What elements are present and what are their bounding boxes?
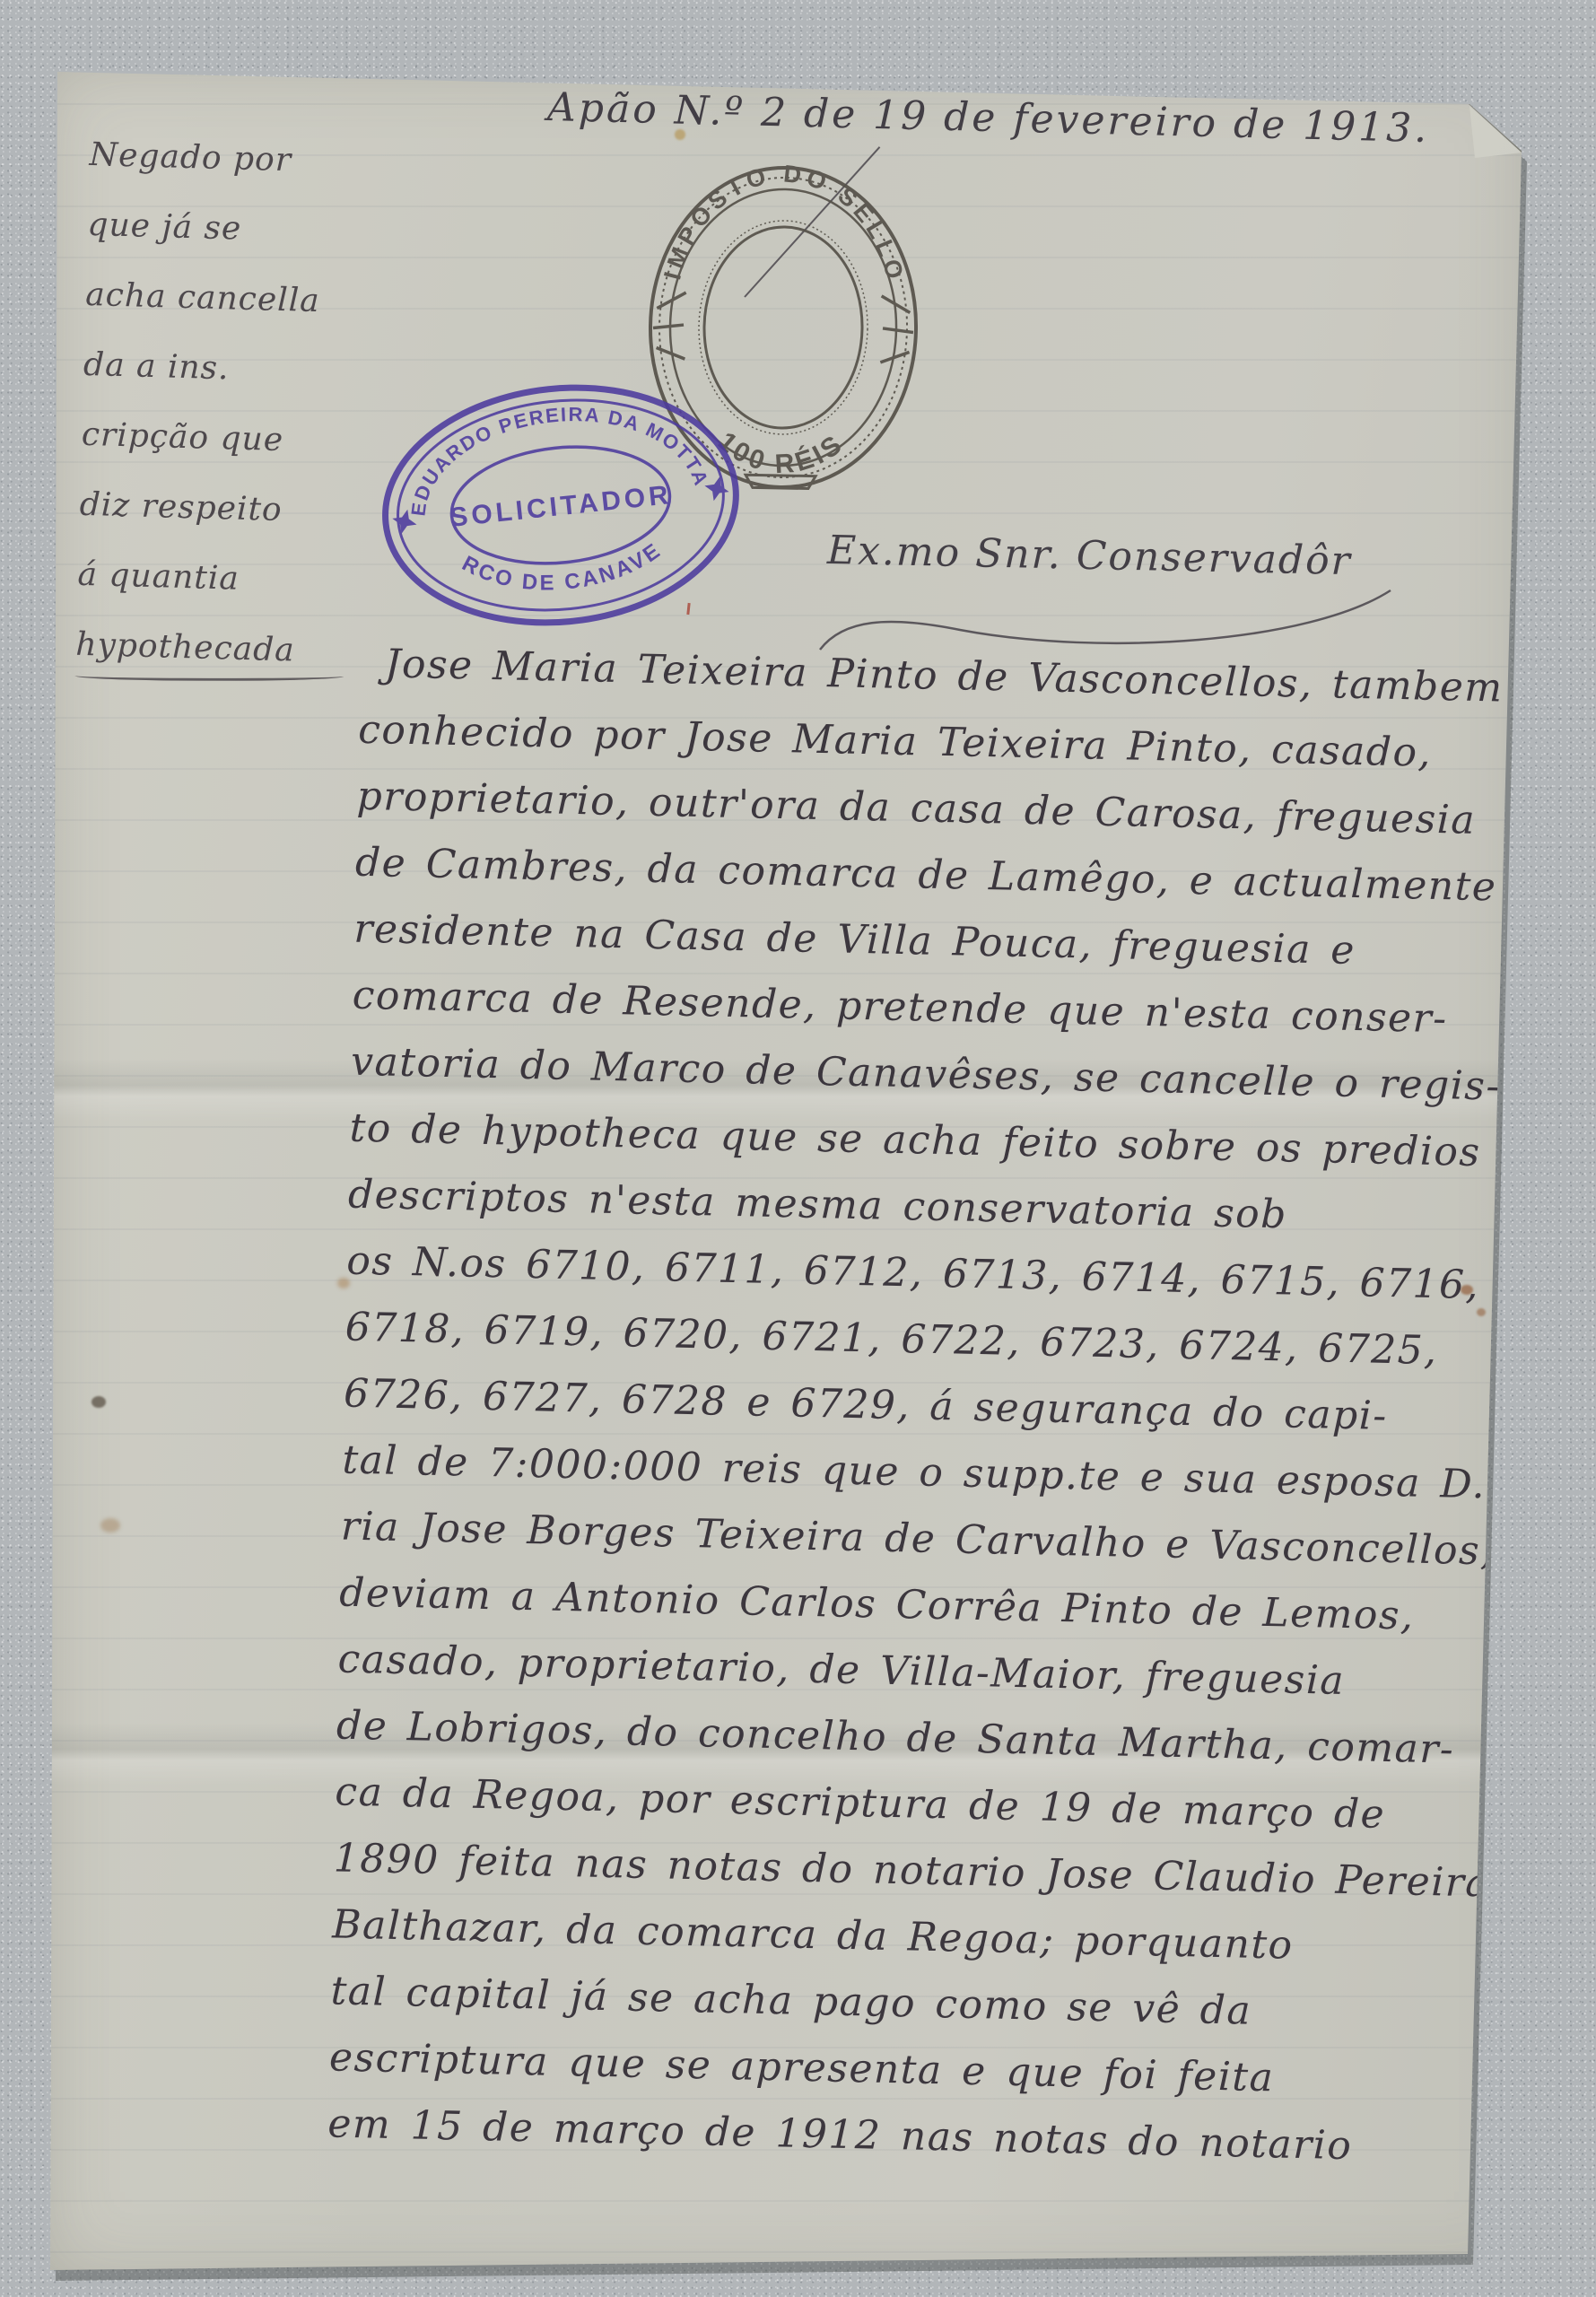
document-paper: Apão N.º 2 de 19 de fevereiro de 1913. I… xyxy=(36,54,1543,2288)
margin-note-line: á quantia xyxy=(76,540,347,617)
margin-note-line: acha cancella xyxy=(84,260,355,337)
revenue-stamp-side-ornament-left xyxy=(652,292,685,359)
solicitor-oval-stamp: EDUARDO PEREIRA DA MOTTA MARCO DE CANAVE… xyxy=(365,363,756,647)
margin-note-line: diz respeito xyxy=(79,470,350,547)
margin-note-line: cripção que xyxy=(81,400,352,477)
body-text: Jose Maria Teixeira Pinto de Vasconcello… xyxy=(327,631,1596,2186)
photo-background: { "photo": { "background_color": "#b2b6b… xyxy=(0,0,1596,2297)
header-date-line: Apão N.º 2 de 19 de fevereiro de 1913. xyxy=(547,84,1430,152)
margin-note-line: que já se xyxy=(86,190,357,267)
revenue-stamp-side-ornament-right xyxy=(880,296,913,363)
stain-spot xyxy=(100,1518,120,1533)
margin-note-line: Negado por xyxy=(89,120,360,197)
svg-text:IMPOSTO DO SELLO: IMPOSTO DO SELLO xyxy=(658,158,911,286)
margin-note: Negado por que já se acha cancella da a … xyxy=(74,120,359,685)
salutation-line: Ex.mo Snr. Conservadôr xyxy=(827,528,1353,584)
margin-note-line: da a ins. xyxy=(83,330,353,407)
revenue-stamp-title: IMPOSTO DO SELLO xyxy=(658,158,911,286)
stain-spot xyxy=(92,1396,106,1408)
office-stamp-role: SOLICITADOR xyxy=(449,480,674,533)
